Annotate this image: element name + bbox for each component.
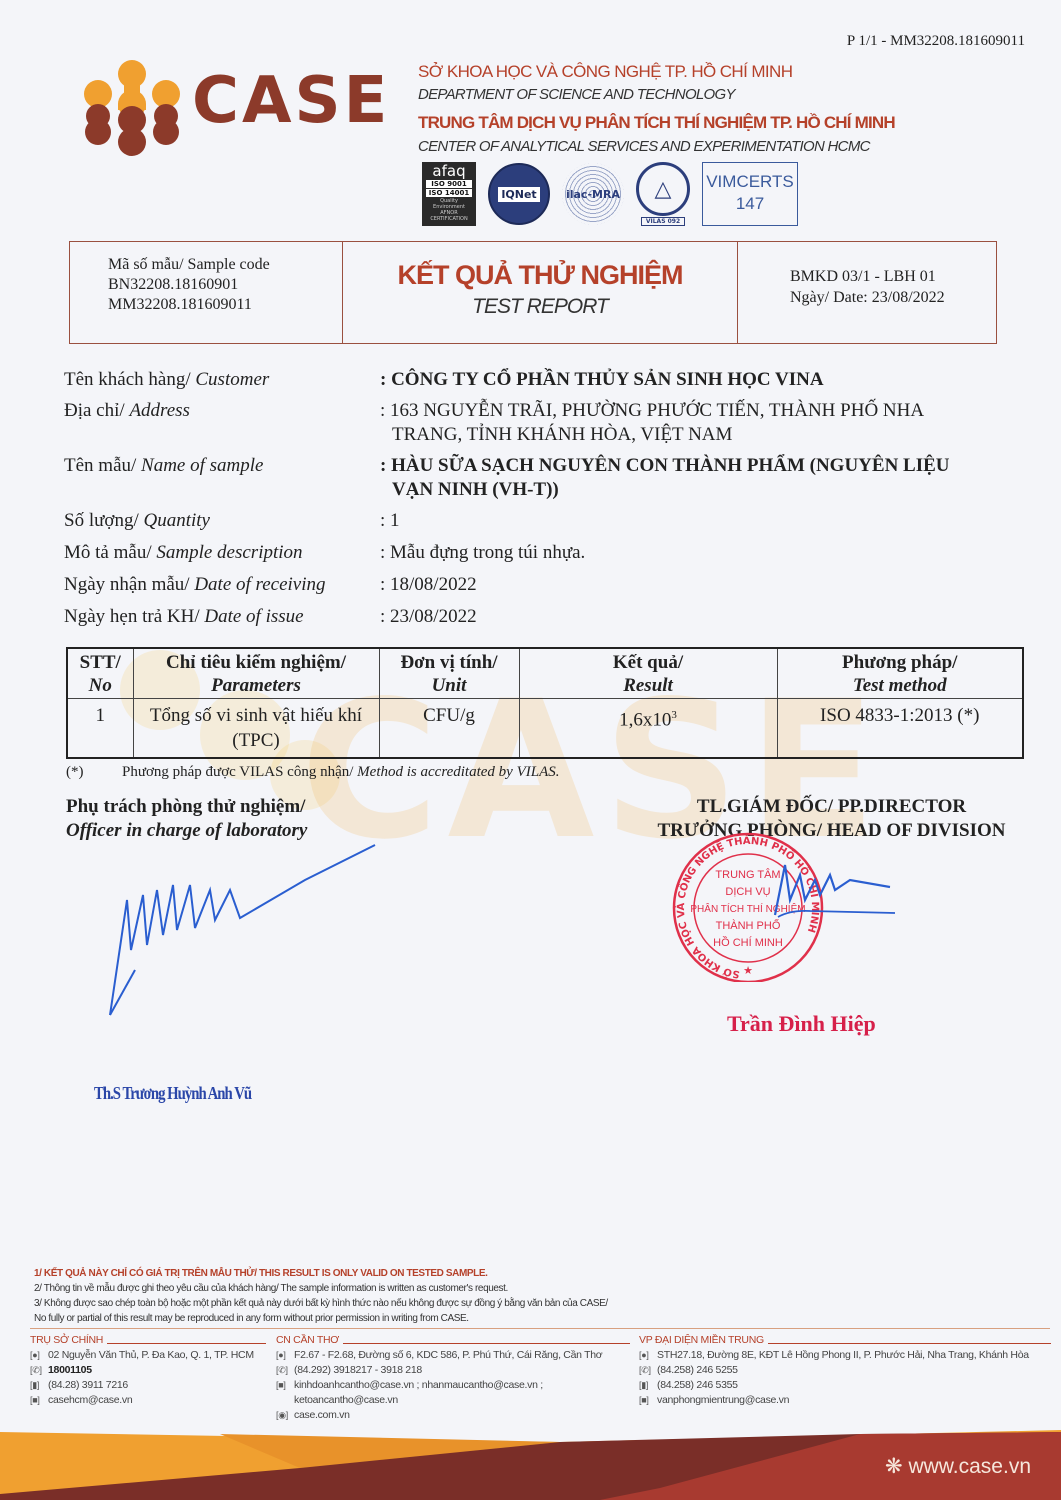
office-headquarters: TRỤ SỞ CHÍNH [●]02 Nguyễn Văn Thủ, P. Đa… [30,1333,266,1408]
sample-code-cell: Mã số mẫu/ Sample code BN32208.18160901 … [70,242,343,343]
info-row-address: Địa chỉ/ Address : 163 NGUYỄN TRÃI, PHƯỜ… [64,399,1034,447]
phone-icon: [✆] [276,1363,290,1378]
vilas-accreditation-logo: △ VILAS 092 [636,162,690,226]
results-table: STT/No Chỉ tiêu kiểm nghiệm/Parameters Đ… [66,647,1024,759]
official-stamp: SỞ KHOA HỌC VÀ CÔNG NGHỆ THÀNH PHỐ HỒ CH… [667,832,829,982]
table-footnote: (*)Phương pháp được VILAS công nhận/ Met… [66,764,559,781]
location-pin-icon: [●] [639,1348,653,1363]
fax-icon: [▮] [639,1378,653,1393]
office-central: VP ĐẠI DIỆN MIỀN TRUNG [●]STH27.18, Đườn… [639,1333,1051,1408]
lab-officer-name: Th.S Trương Huỳnh Anh Vũ [94,1083,251,1104]
note-4: No fully or partial of this result may b… [34,1311,608,1326]
table-header-row: STT/No Chỉ tiêu kiểm nghiệm/Parameters Đ… [67,648,1023,699]
description-value: : Mẫu đựng trong túi nhựa. [380,541,1034,565]
form-code-cell: BMKD 03/1 - LBH 01 Ngày/ Date: 23/08/202… [738,242,996,343]
location-pin-icon: [●] [30,1348,44,1363]
form-code: BMKD 03/1 - LBH 01 [790,266,996,287]
globe-icon: ❋ [885,1455,908,1478]
svg-text:HỒ CHÍ MINH: HỒ CHÍ MINH [713,936,783,949]
office-can-tho: CN CẦN THƠ [●]F2.67 - F2.68, Đường số 6,… [276,1333,630,1423]
svg-text:TRUNG TÂM: TRUNG TÂM [715,868,780,881]
case-logo: CASE [80,58,380,158]
website-link[interactable]: ❋ www.case.vn [885,1454,1031,1479]
ilac-mra-logo: ilac-MRA [562,163,624,225]
date-receiving-value: : 18/08/2022 [380,573,1034,597]
info-row-quantity: Số lượng/ Quantity : 1 [64,509,1034,533]
info-row-sample-name: Tên mẫu/ Name of sample : HÀU SỮA SẠCH N… [64,454,1034,502]
note-2: 2/ Thông tin về mẫu được ghi theo yêu cầ… [34,1281,608,1296]
info-row-customer: Tên khách hàng/ Customer : CÔNG TY CỔ PH… [64,368,1034,392]
svg-text:THÀNH PHỐ: THÀNH PHỐ [716,918,781,932]
org-center-en: CENTER OF ANALYTICAL SERVICES AND EXPERI… [418,138,895,155]
sample-code-1: BN32208.18160901 [108,275,342,295]
vilas-emblem-icon: △ [636,162,690,216]
header-result: Kết quả/Result [519,648,777,699]
location-pin-icon: [●] [276,1348,290,1363]
svg-text:PHÂN TÍCH THÍ NGHIỆM: PHÂN TÍCH THÍ NGHIỆM [690,902,805,915]
sample-code-label: Mã số mẫu/ Sample code [108,255,342,275]
quantity-value: : 1 [380,509,1034,533]
star-icon: ★ [743,965,753,977]
email-icon: [■] [30,1393,44,1408]
page-reference: P 1/1 - MM32208.181609011 [847,33,1025,50]
director-name: Trần Đình Hiệp [727,1011,876,1037]
phone-icon: [✆] [639,1363,653,1378]
case-logo-icon [80,58,185,158]
report-title-cell: KẾT QUẢ THỬ NGHIỆM TEST REPORT [343,242,738,343]
test-report-page: P 1/1 - MM32208.181609011 CASE [0,0,1061,1500]
org-department-en: DEPARTMENT OF SCIENCE AND TECHNOLOGY [418,86,895,113]
report-title-box: Mã số mẫu/ Sample code BN32208.18160901 … [69,241,997,344]
lab-officer-signature [95,840,385,1020]
cell-result: 1,6x103 [519,699,777,759]
info-row-date-receiving: Ngày nhận mẫu/ Date of receiving : 18/08… [64,573,1034,597]
sample-code-2: MM32208.181609011 [108,295,342,315]
info-row-date-issue: Ngày hẹn trả KH/ Date of issue : 23/08/2… [64,605,1034,629]
table-row: 1 Tổng số vi sinh vật hiếu khí (TPC) CFU… [67,699,1023,759]
header-method: Phương pháp/Test method [777,648,1023,699]
note-3: 3/ Không được sao chép toàn bộ hoặc một … [34,1296,608,1311]
org-center-vi: TRUNG TÂM DỊCH VỤ PHÂN TÍCH THÍ NGHIỆM T… [418,113,895,138]
sample-info: Tên khách hàng/ Customer : CÔNG TY CỔ PH… [64,368,1034,637]
report-date: Ngày/ Date: 23/08/2022 [790,287,996,308]
report-notes: 1/ KẾT QUẢ NÀY CHỈ CÓ GIÁ TRỊ TRÊN MẪU T… [34,1266,608,1326]
note-1: 1/ KẾT QUẢ NÀY CHỈ CÓ GIÁ TRỊ TRÊN MẪU T… [34,1266,608,1281]
phone-icon: [✆] [30,1363,44,1378]
cell-unit: CFU/g [379,699,519,759]
header-unit: Đơn vị tính/Unit [379,648,519,699]
vimcerts-box: VIMCERTS 147 [702,162,798,226]
email-icon: [■] [639,1393,653,1408]
globe-icon: [◉] [276,1408,290,1423]
organization-header: SỞ KHOA HỌC VÀ CÔNG NGHỆ TP. HỒ CHÍ MINH… [418,62,895,155]
logo-wordmark: CASE [192,64,390,138]
cell-parameter: Tổng số vi sinh vật hiếu khí (TPC) [133,699,379,759]
date-issue-value: : 23/08/2022 [380,605,1034,629]
org-department-vi: SỞ KHOA HỌC VÀ CÔNG NGHỆ TP. HỒ CHÍ MINH [418,62,895,86]
report-title-en: TEST REPORT [343,295,737,319]
lab-officer-title: Phụ trách phòng thử nghiệm/ Officer in c… [66,795,307,843]
header-no: STT/No [67,648,133,699]
header-parameters: Chỉ tiêu kiểm nghiệm/Parameters [133,648,379,699]
cell-method: ISO 4833-1:2013 (*) [777,699,1023,759]
info-row-description: Mô tả mẫu/ Sample description : Mẫu đựng… [64,541,1034,565]
svg-text:DỊCH VỤ: DỊCH VỤ [725,886,770,898]
customer-value: : CÔNG TY CỔ PHẦN THỦY SẢN SINH HỌC VINA [380,368,1034,392]
email-icon: [■] [276,1378,290,1393]
certification-logos: afaq ISO 9001 ISO 14001 Quality Environm… [422,160,798,228]
afaq-certification-logo: afaq ISO 9001 ISO 14001 Quality Environm… [422,162,476,226]
fax-icon: [▮] [30,1378,44,1393]
divider [30,1328,1050,1329]
address-value: : 163 NGUYỄN TRÃI, PHƯỜNG PHƯỚC TIẾN, TH… [380,399,1034,447]
report-title-vi: KẾT QUẢ THỬ NGHIỆM [343,260,737,291]
iqnet-certification-logo: IQNet [488,163,550,225]
cell-no: 1 [67,699,133,759]
sample-name-value: : HÀU SỮA SẠCH NGUYÊN CON THÀNH PHẨM (NG… [380,454,1034,502]
